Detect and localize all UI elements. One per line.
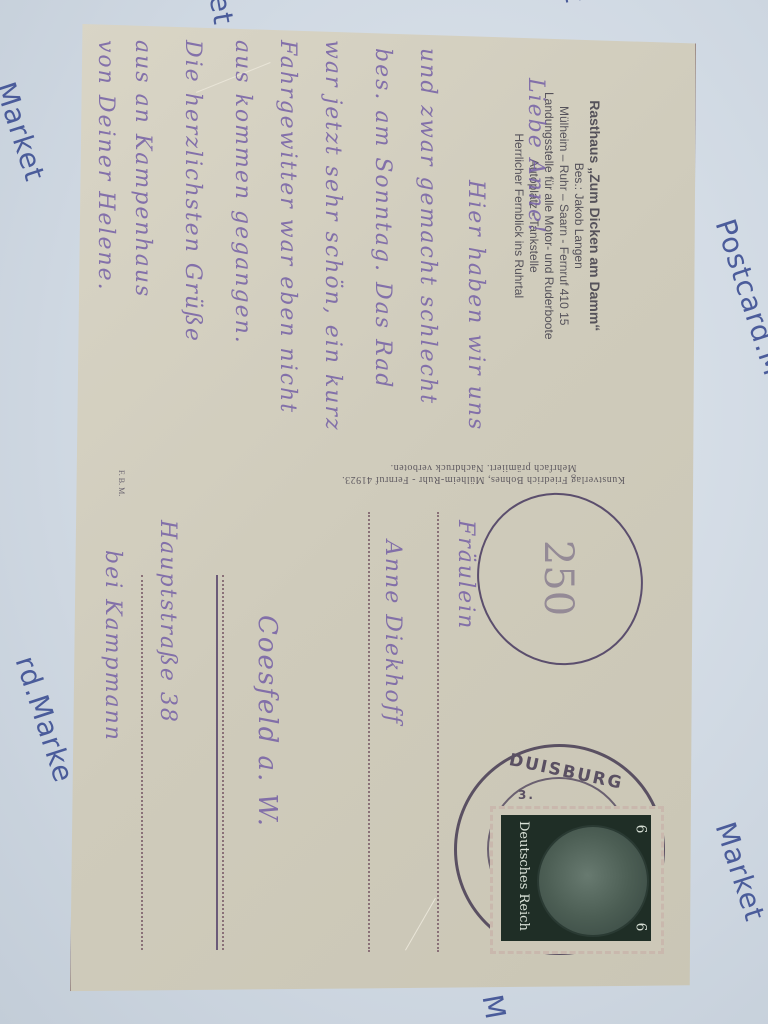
watermark-right-upper: Postcard.M: [709, 215, 768, 380]
publisher-imprint: Kunstverlag Friedrich Bohnes, Mülheim-Ru…: [342, 461, 625, 485]
fb-mark: F. B. M.: [117, 470, 126, 496]
address-line-1: Fräulein: [453, 520, 478, 630]
watermark-bottom: M: [476, 992, 513, 1023]
watermark-right-lower: Market: [709, 818, 768, 925]
postage-stamp: Deutsches Reich 6 6: [490, 806, 664, 954]
address-line-5: bei Kampmann: [100, 550, 125, 742]
message-line-8: Die herzlichsten Grüße: [180, 40, 205, 343]
watermark-left-upper: Market: [0, 78, 52, 185]
message-line-9: aus an Kampenhaus: [130, 40, 155, 298]
address-line-4: Hauptstraße 38: [155, 520, 180, 724]
message-line-1: Liebe Anne!: [523, 78, 548, 235]
header-owner: Bes.: Jakob Langen: [571, 92, 586, 340]
stamp-value-bottom: 6: [633, 923, 649, 932]
publisher-line-2: Mehrfach prämiiert. Nachdruck verboten.: [342, 461, 625, 473]
address-line-3: Coesfeld a. W.: [252, 615, 282, 828]
header-address: Mülheim – Ruhr – Saarn - Fernruf 410 15: [556, 92, 571, 340]
address-dotted-line-4: [141, 575, 143, 950]
stamp-body: Deutsches Reich 6 6: [501, 815, 651, 941]
publisher-line-1: Kunstverlag Friedrich Bohnes, Mülheim-Ru…: [342, 473, 625, 485]
message-line-6: Fahrgewitter war eben nicht: [275, 40, 300, 414]
message-line-2: Hier haben wir uns: [463, 180, 488, 431]
address-dotted-line-1: [437, 512, 439, 952]
message-line-5: war jetzt sehr schön, ein kurz: [320, 40, 345, 432]
message-line-7: aus kommen gegangen.: [230, 40, 255, 345]
watermark-left-lower: rd.Marke: [9, 652, 81, 787]
postmark-date: 3.: [518, 788, 535, 802]
address-line-2: Anne Diekhoff: [380, 540, 405, 725]
address-dotted-line-2: [368, 512, 370, 952]
address-underline: [216, 575, 218, 950]
watermark-top-left: et: [203, 0, 241, 27]
address-dotted-line-3: [222, 575, 224, 950]
stamp-country: Deutsches Reich: [516, 821, 531, 931]
message-line-3: und zwar gemacht schlecht: [415, 48, 440, 405]
oval-number: 250: [535, 540, 581, 616]
portrait-medallion-icon: [537, 825, 649, 937]
message-line-4: bes. am Sonntag. Das Rad: [370, 48, 395, 389]
message-line-10: von Deiner Helene.: [93, 40, 118, 292]
header-title: Rasthaus „Zum Dicken am Damm“: [586, 92, 604, 340]
stamp-value-top: 6: [633, 825, 649, 834]
watermark-top-right: t: [558, 0, 593, 6]
